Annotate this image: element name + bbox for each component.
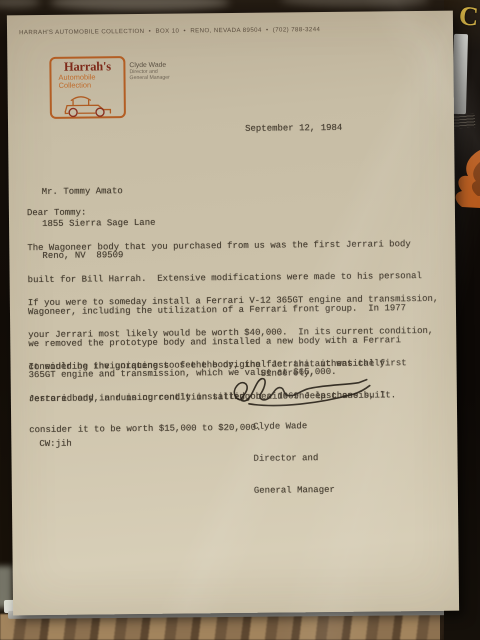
signer-name: Clyde Wade [253,421,334,432]
signer-title-line2: General Manager [254,485,335,496]
signer-title-line1: Director and [253,453,334,464]
letterhead-contact-block: Clyde Wade Director and General Manager [129,62,170,82]
antique-car-icon [58,91,118,118]
body-line: It would be invigorating to see the orig… [29,358,396,372]
closing: Sincerely, [261,368,315,379]
salutation: Dear Tommy: [27,208,87,219]
body-line: The Wagoneer body that you purchased fro… [27,239,421,254]
logo-subtitle-line2: Collection [52,82,124,91]
plastic-glint [0,566,13,608]
letter-date: September 12, 1984 [245,123,342,135]
book-spine-texture [451,113,476,129]
book-spine-letter: C [457,0,479,33]
body-line: restored and in running condition sittin… [29,390,396,404]
signature-block: Clyde Wade Director and General Manager [253,400,335,517]
typist-reference: CW:jih [39,439,72,450]
body-line: If you were to someday install a Ferrari… [28,294,439,309]
letter-paper: HARRAH'S AUTOMOBILE COLLECTION • BOX 10 … [7,11,459,616]
harrahs-logo: Harrah's Automobile Collection [49,56,126,119]
white-page-edge [452,34,468,114]
body-paragraph-3: It would be invigorating to see the orig… [28,337,396,426]
recipient-name: Mr. Tommy Amato [42,186,156,198]
letterhead-address-line: HARRAH'S AUTOMOBILE COLLECTION • BOX 10 … [19,26,320,36]
contact-title-line2: General Manager [130,75,170,81]
